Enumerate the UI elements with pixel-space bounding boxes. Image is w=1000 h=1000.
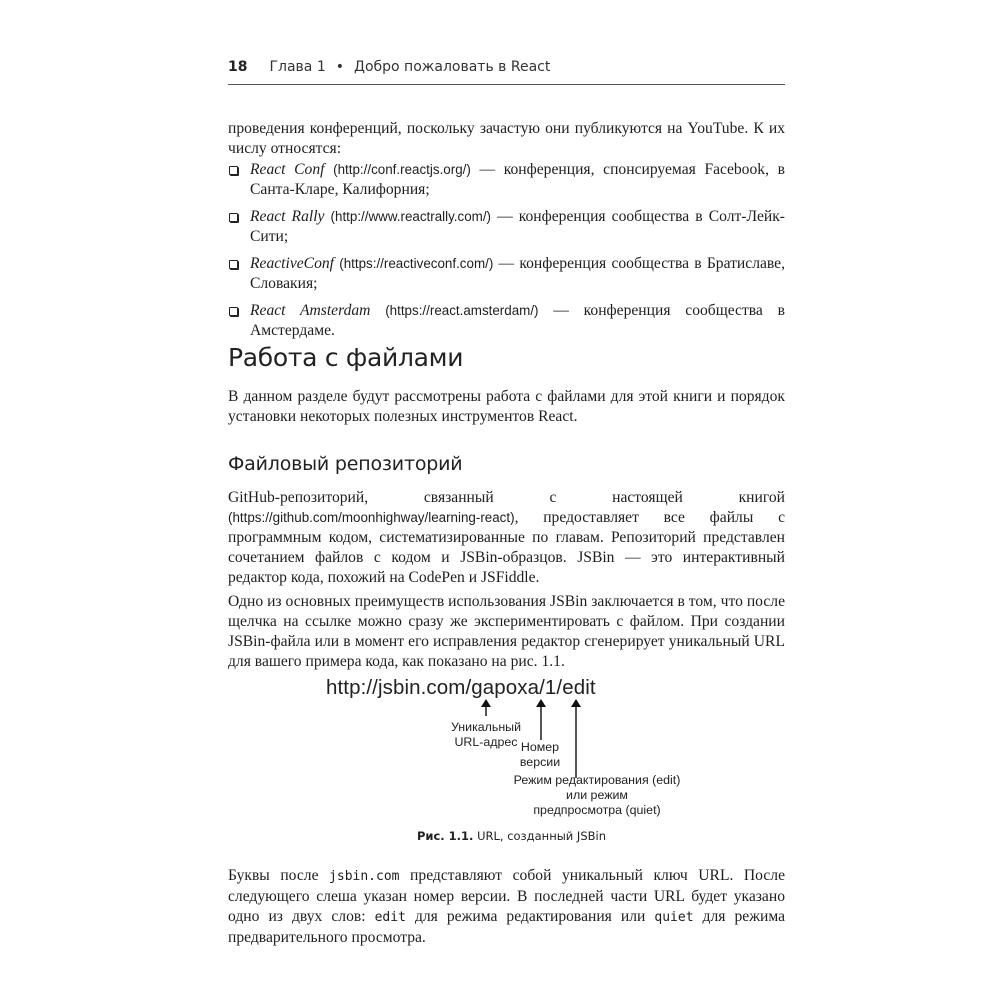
conference-link[interactable]: (https://reactiveconf.com/) (339, 256, 493, 271)
conference-link[interactable]: (http://www.reactrally.com/) (331, 209, 491, 224)
checkbox-bullet-icon (229, 307, 238, 316)
separator-bullet: • (336, 59, 344, 75)
conference-link[interactable]: (https://react.amsterdam/) (385, 303, 538, 318)
label-line: версии (510, 755, 570, 770)
caption-number: Рис. 1.1. (417, 829, 473, 843)
chapter-label: Глава 1 (269, 59, 325, 75)
label-line: предпросмотра (quiet) (507, 803, 687, 818)
subsection-heading: Файловый репозиторий (228, 453, 462, 475)
figure-caption: Рис. 1.1. URL, созданный JSBin (417, 829, 606, 843)
checkbox-bullet-icon (229, 260, 238, 269)
checkbox-bullet-icon (229, 166, 238, 175)
list-item: ReactiveConf (https://reactiveconf.com/)… (228, 254, 785, 294)
section-intro: В данном разделе будут рассмотрены работ… (228, 387, 785, 427)
code-jsbin-com: jsbin.com (329, 869, 399, 884)
running-head: 18Глава 1•Добро пожаловать в React (228, 59, 785, 75)
chapter-title: Добро пожаловать в React (354, 59, 550, 75)
label-line: Уникальный (430, 720, 542, 735)
closing-paragraph: Буквы после jsbin.com представляют собой… (228, 866, 785, 948)
list-item: React Conf (http://conf.reactjs.org/) — … (228, 160, 785, 200)
code-quiet: quiet (654, 910, 693, 925)
text: для режима редактирования или (406, 908, 654, 925)
list-item: React Rally (http://www.reactrally.com/)… (228, 207, 785, 247)
figure-jsbin-url: http://jsbin.com/gapoxa/1/edit Уникальны… (300, 676, 740, 846)
repo-text-before: GitHub-репозиторий, связанный с настояще… (228, 489, 785, 506)
checkbox-bullet-icon (229, 213, 238, 222)
jsbin-paragraph: Одно из основных преимуществ использован… (228, 592, 785, 672)
label-line: Номер (510, 740, 570, 755)
repo-link[interactable]: (https://github.com/moonhighway/learning… (228, 510, 515, 525)
intro-paragraph: проведения конференций, поскольку зачаст… (228, 119, 785, 159)
header-rule (228, 84, 785, 85)
list-item: React Amsterdam (https://react.amsterdam… (228, 301, 785, 341)
code-edit: edit (375, 910, 406, 925)
conference-name: React Rally (250, 208, 324, 225)
arrow-up-icon (485, 706, 487, 716)
conference-description: — конференция, спонсируемая Facebook, в … (250, 161, 785, 198)
label-mode: Режим редактирования (edit) или режим пр… (507, 773, 687, 818)
conference-name: ReactiveConf (250, 255, 334, 272)
label-line: Режим редактирования (edit) (507, 773, 687, 788)
conference-link[interactable]: (http://conf.reactjs.org/) (333, 162, 471, 177)
arrow-up-icon (575, 706, 577, 778)
label-line: или режим (507, 788, 687, 803)
caption-text: URL, созданный JSBin (473, 829, 606, 843)
conference-name: React Amsterdam (250, 302, 370, 319)
text: Буквы после (228, 867, 329, 884)
conference-list: React Conf (http://conf.reactjs.org/) — … (228, 160, 785, 348)
label-version: Номер версии (510, 740, 570, 770)
figure-url: http://jsbin.com/gapoxa/1/edit (326, 676, 596, 700)
conference-name: React Conf (250, 161, 324, 178)
page-number: 18 (228, 59, 247, 75)
repo-paragraph: GitHub-репозиторий, связанный с настояще… (228, 488, 785, 588)
section-heading: Работа с файлами (228, 343, 463, 372)
